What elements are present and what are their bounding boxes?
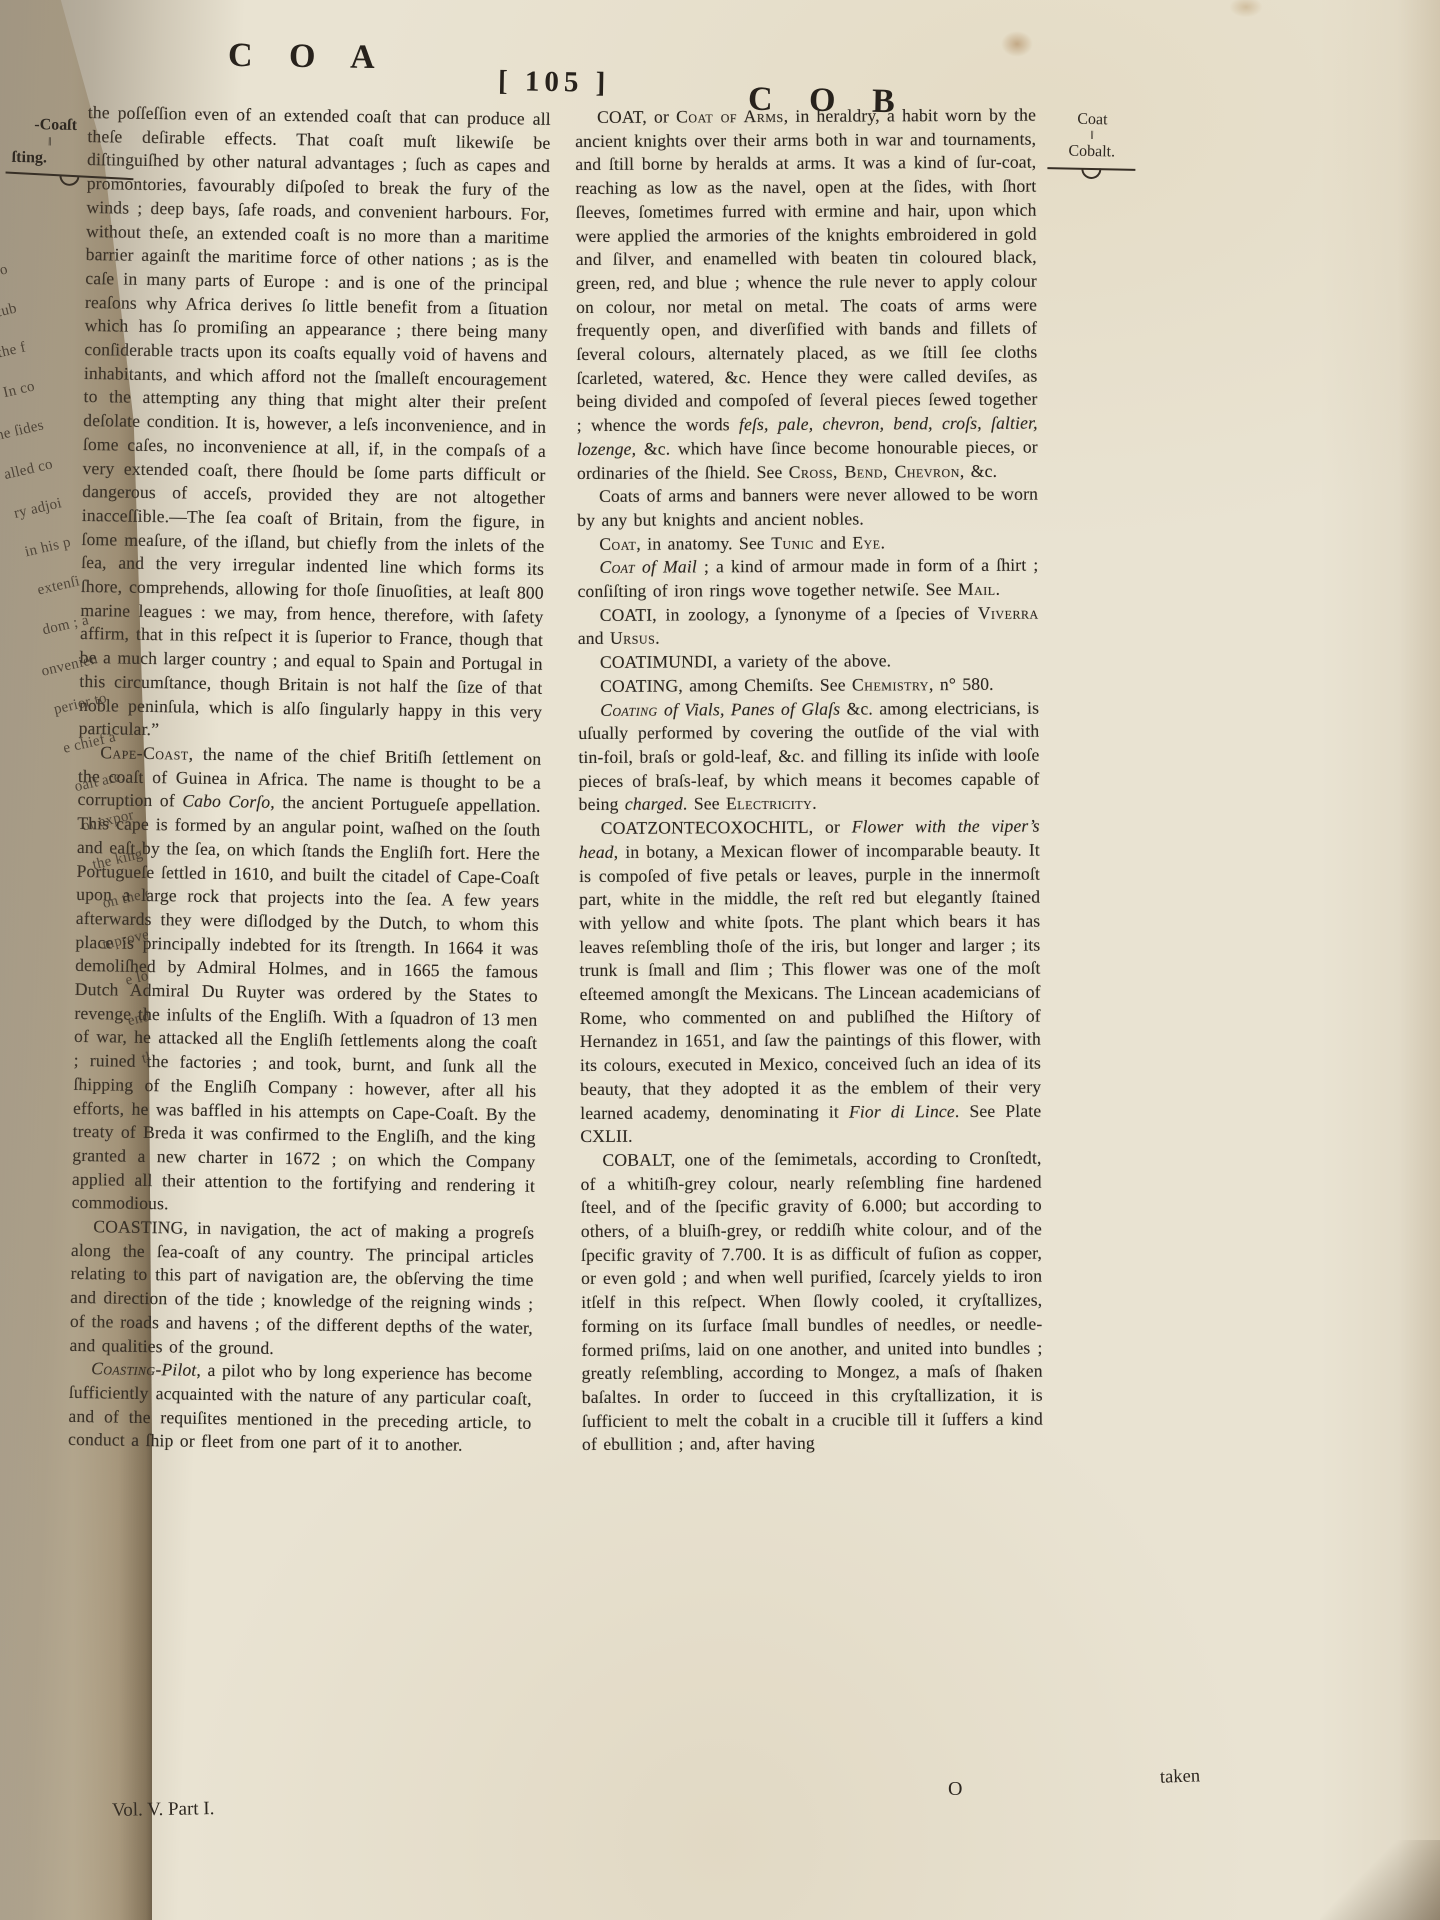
text-segment: and — [578, 628, 610, 648]
text-segment: , the ancient Portugueſe appellation. Th… — [72, 792, 541, 1213]
page-number: [ 105 ] — [498, 65, 611, 100]
text-segment: Coaſting — [91, 1358, 156, 1379]
text-segment: , in heraldry, a habit worn by the ancie… — [575, 105, 1037, 436]
paragraph: COATZONTECOXOCHITL, or Flower with the v… — [579, 815, 1042, 1149]
text-segment: . See — [683, 794, 726, 814]
paragraph: Cape-Coaſt, the name of the chief Britiſ… — [71, 741, 541, 1222]
text-segment: , in botany, a Mexican flower of incompa… — [579, 839, 1041, 1122]
paragraph: COBALT, one of the ſemimetals, according… — [580, 1147, 1043, 1458]
text-segment: Viverra — [978, 602, 1039, 622]
text-segment: Coat of Arms — [676, 106, 784, 127]
text-segment: COAT, or — [597, 106, 676, 126]
text-segment: of Vials, Panes of Glaſs — [658, 698, 841, 719]
text-segment: charged — [625, 794, 683, 814]
text-segment: Coat — [599, 533, 636, 553]
text-segment: COASTING, in navigation, the act of maki… — [69, 1216, 534, 1357]
margin-note-left: -Coaſt‖ſting. — [3, 115, 154, 179]
text-segment: Cabo Corſo — [182, 791, 270, 812]
catchword: taken — [1160, 1766, 1201, 1788]
paragraph: Coat of Mail ; a kind of armour made in … — [577, 554, 1038, 604]
paragraph: COATI, in zoology, a ſynonyme of a ſpeci… — [578, 601, 1039, 651]
paragraph: COATING, among Chemiſts. See Chemistry, … — [578, 672, 1039, 698]
text-segment: Electricity — [726, 793, 812, 813]
text-fragment: Cobalt. — [1040, 141, 1144, 162]
scanned-book-page-photo: C O A [ 105 ] C O B the poſſeſſion even … — [0, 0, 1440, 1920]
margin-note-brace — [1047, 167, 1135, 171]
text-segment: . — [881, 532, 886, 552]
text-segment: Ursus — [610, 628, 655, 648]
text-segment: , &c. — [960, 460, 997, 480]
text-segment: . — [655, 628, 660, 648]
stain — [995, 26, 1039, 62]
margin-note-left-lines: -Coaſt‖ſting. — [4, 115, 155, 170]
margin-note-right-lines: Coat‖Cobalt. — [1040, 109, 1145, 162]
stain — [1222, 0, 1270, 22]
paragraph: Coating of Vials, Panes of Glaſs &c. amo… — [578, 696, 1040, 817]
text-segment: Mail — [958, 579, 996, 599]
text-segment: Coating — [600, 699, 658, 719]
paragraph: Coats of arms and banners were never all… — [577, 483, 1038, 533]
text-segment: COATIMUNDI, a variety of the above. — [600, 651, 891, 673]
margin-note-right: Coat‖Cobalt. — [1039, 109, 1144, 171]
text-segment: , n° 580. — [929, 674, 994, 694]
text-segment: . — [812, 793, 817, 813]
text-segment: of Mail — [635, 557, 697, 577]
text-segment: Cape-Coaſt — [100, 742, 189, 763]
paragraph: the poſſeſſion even of an extended coaſt… — [79, 101, 551, 748]
volume-imprint: Vol. V. Part I. — [112, 1798, 215, 1822]
paragraph: Coaſting-Pilot, a pilot who by long expe… — [68, 1357, 532, 1459]
signature-mark: O — [948, 1778, 962, 1801]
right-column: COAT, or Coat of Arms, in heraldry, a ha… — [575, 104, 1043, 1457]
text-segment: Cross, Bend, Chevron — [789, 461, 960, 482]
left-column: the poſſeſſion even of an extended coaſt… — [68, 101, 551, 1459]
text-segment: Fior di Lince — [849, 1101, 955, 1122]
text-segment: Coat — [599, 557, 635, 577]
paragraph: COASTING, in navigation, the act of maki… — [69, 1215, 534, 1364]
encyclopedia-page: C O A [ 105 ] C O B the poſſeſſion even … — [0, 0, 1440, 1920]
text-segment: , in anatomy. See — [636, 533, 771, 554]
text-fragment: -Coaſt — [34, 115, 154, 136]
running-head-left: C O A — [228, 37, 389, 77]
text-segment: -Pilot — [155, 1359, 196, 1380]
text-segment: COATZONTECOXOCHITL, or — [601, 817, 852, 838]
text-segment: the poſſeſſion even of an extended coaſt… — [79, 102, 551, 739]
text-segment: Coats of arms and banners were never all… — [577, 484, 1038, 530]
text-segment: Tunic — [771, 532, 814, 552]
text-segment: COATING, among Chemiſts. See — [600, 674, 852, 695]
text-segment: Eye — [852, 532, 880, 552]
paragraph: COAT, or Coat of Arms, in heraldry, a ha… — [575, 104, 1038, 486]
text-fragment: ſting. — [12, 148, 154, 169]
text-segment: Chemistry — [852, 674, 929, 694]
text-segment: . — [995, 579, 1000, 599]
text-segment: COBALT, one of the ſemimetals, according… — [581, 1148, 1043, 1455]
text-segment: and — [814, 532, 853, 552]
text-fragment: Coat — [1040, 109, 1144, 130]
paragraph: COATIMUNDI, a variety of the above. — [578, 649, 1039, 675]
text-segment: COATI, in zoology, a ſynonyme of a ſpeci… — [600, 603, 978, 625]
paragraph: Coat, in anatomy. See Tunic and Eye. — [577, 530, 1038, 556]
